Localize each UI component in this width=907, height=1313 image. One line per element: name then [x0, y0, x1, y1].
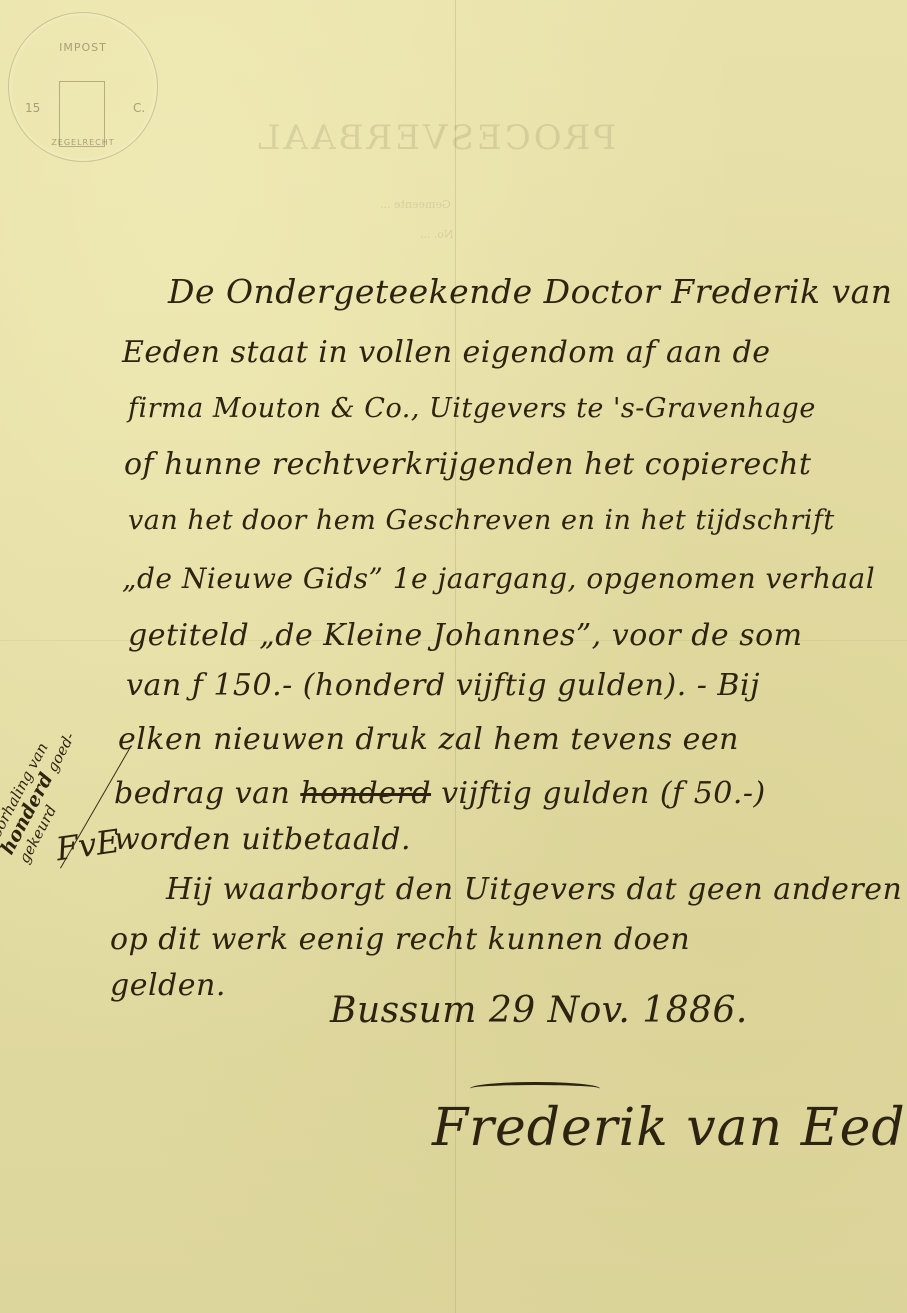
stamp-unit: C.	[133, 101, 145, 115]
stamp-value: 15	[25, 101, 40, 115]
stamp-bottom-text: ZEGELRECHT	[9, 138, 157, 147]
body-line-8: van ƒ 150.- (honderd vijftig gulden). - …	[126, 668, 760, 703]
body-line-13: op dit werk eenig recht kunnen doen	[110, 922, 690, 957]
body-line-14: gelden.	[110, 968, 226, 1003]
body-line-9: elken nieuwen druk zal hem tevens een	[118, 722, 739, 757]
bleed-through-title: PROCESVERBAAL	[255, 118, 616, 158]
revenue-stamp: IMPOST 15 C. ZEGELRECHT	[8, 12, 158, 162]
document-page: IMPOST 15 C. ZEGELRECHT PROCESVERBAAL Ge…	[0, 0, 907, 1313]
bleed-through-line: No. ...	[420, 228, 454, 241]
body-line-7: getiteld „de Kleine Johannes”, voor de s…	[128, 618, 803, 653]
signature-flourish	[470, 1082, 600, 1095]
body-line-11: worden uitbetaald.	[114, 822, 411, 857]
body-line-3: firma Mouton & Co., Uitgevers te 's-Grav…	[128, 393, 816, 424]
bleed-through-line: Gemeente ...	[380, 198, 451, 211]
body-line-4: of hunne rechtverkrijgenden het copierec…	[124, 447, 811, 482]
stamp-top-text: IMPOST	[9, 41, 157, 54]
line10-after: vijftig gulden (ƒ 50.-)	[431, 776, 766, 811]
body-line-1: De Ondergeteekende Doctor Frederik van	[168, 272, 893, 311]
body-line-2: Eeden staat in vollen eigendom af aan de	[122, 335, 771, 370]
signature: Frederik van Eeden	[432, 1098, 907, 1158]
struck-word: honderd	[300, 776, 431, 811]
body-line-6: „de Nieuwe Gids” 1e jaargang, opgenomen …	[122, 562, 875, 595]
body-line-12: Hij waarborgt den Uitgevers dat geen and…	[166, 872, 902, 907]
body-line-5: van het door hem Geschreven en in het ti…	[128, 505, 835, 536]
body-line-10: bedrag van honderd vijftig gulden (ƒ 50.…	[114, 776, 766, 811]
place-and-date: Bussum 29 Nov. 1886.	[330, 990, 748, 1031]
